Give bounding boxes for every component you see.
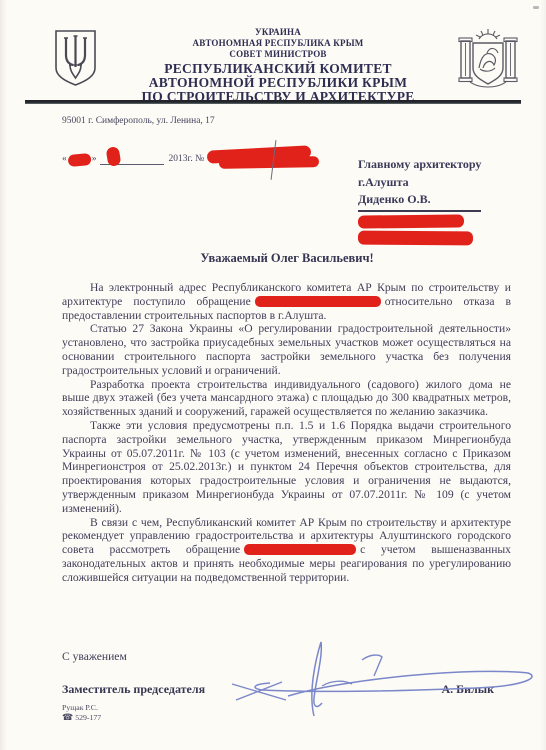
executor-block: Рущак Р.С. ☎ 529-177 — [62, 703, 101, 722]
body-paragraph: В связи с чем, Республиканский комитет А… — [62, 516, 511, 585]
close-quote: » — [92, 153, 97, 165]
signer-name: А. Билык — [441, 682, 494, 697]
redaction-bar — [255, 296, 381, 307]
signer-position: Заместитель председателя — [62, 682, 205, 697]
recipient-block: Главному архитектору г.Алушта Диденко О.… — [358, 156, 481, 209]
letterhead-country: УКРАИНА — [108, 27, 448, 38]
scan-artifact — [533, 6, 539, 9]
salutation: Уважаемый Олег Васильевич! — [62, 251, 512, 266]
recipient-name: Диденко О.В. — [358, 191, 481, 209]
redaction-blob-month — [105, 146, 121, 167]
closing-regards: С уважением — [62, 650, 127, 663]
body-paragraph: Также эти условия предусмотрены п.п. 1.5… — [62, 419, 511, 516]
redaction-bar — [244, 544, 356, 555]
letter-body: На электронный адрес Республиканского ко… — [62, 281, 511, 585]
scanned-letter-page: УКРАИНА АВТОНОМНАЯ РЕСПУБЛИКА КРЫМ СОВЕТ… — [0, 0, 546, 750]
recipient-city: г.Алушта — [358, 174, 481, 192]
telephone-icon: ☎ — [62, 713, 73, 722]
redaction-bar — [358, 214, 464, 228]
crimea-griffin-emblem-icon — [456, 26, 520, 97]
letterhead-council: СОВЕТ МИНИСТРОВ — [108, 49, 448, 60]
body-paragraph: На электронный адрес Республиканского ко… — [62, 281, 511, 322]
paragraph-text: Статью 27 Закона Украины «О регулировани… — [62, 322, 511, 376]
sender-address: 95001 г. Симферополь, ул. Ленина, 17 — [62, 116, 215, 126]
paragraph-text: Разработка проекта строительства индивид… — [62, 378, 511, 419]
paragraph-text: Также эти условия предусмотрены п.п. 1.5… — [62, 419, 511, 515]
redaction-bar — [358, 231, 473, 246]
date-year-number-label: 2013г. № — [169, 153, 205, 165]
letterhead-region: АВТОНОМНАЯ РЕСПУБЛИКА КРЫМ — [108, 38, 448, 49]
body-paragraph: Разработка проекта строительства индивид… — [62, 378, 511, 419]
date-number-line: « » 2013г. № — [62, 139, 319, 165]
redaction-blob-outgoing-number — [207, 146, 319, 168]
recipient-divider-line — [358, 210, 481, 212]
redaction-blob-day — [67, 153, 91, 167]
body-paragraph: Статью 27 Закона Украины «О регулировани… — [62, 322, 511, 377]
signature-row: Заместитель председателя А. Билык — [62, 682, 494, 697]
header-divider-rule — [25, 100, 521, 104]
letterhead-text: УКРАИНА АВТОНОМНАЯ РЕСПУБЛИКА КРЫМ СОВЕТ… — [108, 27, 448, 104]
open-quote: « — [62, 153, 67, 165]
ukraine-trident-emblem-icon — [53, 29, 98, 92]
letterhead-org-line2: АВТОНОМНОЙ РЕСПУБЛИКИ КРЫМ — [108, 76, 448, 90]
recipient-title: Главному архитектору — [358, 156, 481, 174]
executor-phone: 529-177 — [75, 713, 101, 723]
date-underline — [100, 153, 164, 165]
letterhead-org-line1: РЕСПУБЛИКАНСКИЙ КОМИТЕТ — [108, 62, 448, 76]
